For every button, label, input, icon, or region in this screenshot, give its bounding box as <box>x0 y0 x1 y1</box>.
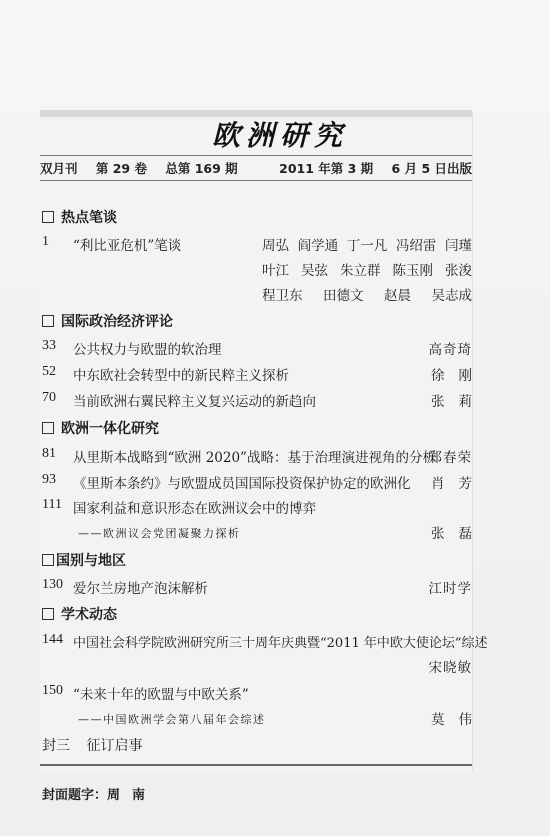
toc-entry[interactable]: 70 当前欧洲右翼民粹主义复兴运动的新趋向 张莉 <box>42 390 472 410</box>
section-heading-label: 欧洲一体化研究 <box>61 418 159 438</box>
cover-credit-name: 周南 <box>107 788 157 803</box>
section-heading: 热点笔谈 <box>42 207 117 227</box>
page-number: 81 <box>42 446 56 462</box>
toc-entry[interactable]: 81 从里斯本战略到“欧洲 2020”战略：基于治理演进视角的分析 郑春荣 <box>42 446 472 466</box>
author: 莫伟 <box>431 708 486 728</box>
article-title[interactable]: 中东欧社会转型中的新民粹主义探析 <box>73 364 289 384</box>
cover-calligraphy-credit: 封面题字：周南 <box>42 784 157 803</box>
author: 吴弦 <box>301 259 328 279</box>
page-number: 33 <box>42 338 56 354</box>
toc-entry[interactable]: 33 公共权力与欧盟的软治理 高奇琦 <box>42 338 472 358</box>
toc-entry[interactable]: 144 中国社会科学院欧洲研究所三十周年庆典暨“2011 年中欧大使论坛”综述 <box>42 632 472 652</box>
inside-back-cover-entry[interactable]: 封三 征订启事 <box>42 735 142 755</box>
toc-entry-author-line: 张磊 <box>42 522 472 542</box>
article-title[interactable]: “未来十年的欧盟与中欧关系” <box>73 683 249 703</box>
author: 江时学 <box>429 577 473 597</box>
toc-entry[interactable]: 150 “未来十年的欧盟与中欧关系” <box>42 683 472 703</box>
total-issue: 总第 169 期 <box>165 161 237 176</box>
volume: 第 29 卷 <box>96 161 147 176</box>
checkbox-icon <box>42 554 54 566</box>
footer-rule <box>40 764 472 766</box>
article-title[interactable]: 爱尔兰房地产泡沫解析 <box>73 577 208 597</box>
author: 吴志成 <box>432 284 473 304</box>
publish-date: 6 月 5 日出版 <box>392 161 472 176</box>
toc-entry[interactable]: 52 中东欧社会转型中的新民粹主义探析 徐刚 <box>42 364 472 384</box>
author-row: 叶江 吴弦 朱立群 陈玉刚 张浚 <box>262 259 472 279</box>
page-number: 1 <box>42 234 49 250</box>
author: 张磊 <box>431 522 486 542</box>
toc-entry-author-line: 宋晓敏 <box>42 656 472 676</box>
article-title[interactable]: 当前欧洲右翼民粹主义复兴运动的新趋向 <box>73 390 316 410</box>
article-title[interactable]: 中国社会科学院欧洲研究所三十周年庆典暨“2011 年中欧大使论坛”综述 <box>73 632 488 651</box>
author: 张浚 <box>445 259 472 279</box>
section-heading: 欧洲一体化研究 <box>42 418 159 438</box>
article-title[interactable]: 公共权力与欧盟的软治理 <box>73 338 222 358</box>
journal-logo: 欧洲研究 <box>200 120 360 152</box>
article-title[interactable]: 从里斯本战略到“欧洲 2020”战略：基于治理演进视角的分析 <box>73 446 436 466</box>
toc-entry-author-line: 莫伟 <box>42 708 472 728</box>
author: 高奇琦 <box>429 338 473 358</box>
page-number: 70 <box>42 390 56 406</box>
checkbox-icon <box>42 422 54 434</box>
author: 朱立群 <box>340 259 381 279</box>
author: 田德文 <box>323 284 364 304</box>
article-title[interactable]: “利比亚危机”笔谈 <box>73 234 181 254</box>
toc-entry[interactable]: 130 爱尔兰房地产泡沫解析 江时学 <box>42 577 472 597</box>
author: 闫瑾 <box>445 234 472 254</box>
author: 叶江 <box>262 259 289 279</box>
masthead-bottom-rule <box>40 180 472 181</box>
author: 冯绍雷 <box>396 234 437 254</box>
author: 赵晨 <box>384 284 411 304</box>
author: 徐刚 <box>431 364 486 384</box>
section-heading-label: 国别与地区 <box>56 550 126 570</box>
author: 肖芳 <box>431 472 486 492</box>
issue-number: 2011 年第 3 期 <box>279 161 373 176</box>
section-heading-label: 学术动态 <box>61 604 117 624</box>
misc-title[interactable]: 征订启事 <box>86 738 142 754</box>
article-title[interactable]: 《里斯本条约》与欧盟成员国国际投资保护协定的欧洲化 <box>73 472 411 492</box>
section-heading-label: 热点笔谈 <box>61 207 117 227</box>
page-number: 52 <box>42 364 56 380</box>
author: 郑春荣 <box>429 446 473 466</box>
author: 陈玉刚 <box>393 259 434 279</box>
masthead-top-rule <box>40 155 472 156</box>
frequency: 双月刊 <box>40 161 78 176</box>
section-heading: 国别与地区 <box>42 550 126 570</box>
author: 程卫东 <box>262 284 303 304</box>
page-number: 130 <box>42 577 63 593</box>
section-heading-label: 国际政治经济评论 <box>61 311 173 331</box>
masthead: 双月刊 第 29 卷 总第 169 期 2011 年第 3 期 6 月 5 日出… <box>40 159 472 177</box>
page-number: 144 <box>42 632 63 648</box>
checkbox-icon <box>42 211 54 223</box>
author: 周弘 <box>262 234 289 254</box>
section-heading: 国际政治经济评论 <box>42 311 173 331</box>
section-heading: 学术动态 <box>42 604 117 624</box>
toc-entry[interactable]: 93 《里斯本条约》与欧盟成员国国际投资保护协定的欧洲化 肖芳 <box>42 472 472 492</box>
author-row: 周弘 阎学通 丁一凡 冯绍雷 闫瑾 <box>262 234 472 254</box>
author: 宋晓敏 <box>429 656 473 676</box>
author: 阎学通 <box>298 234 339 254</box>
toc-entry[interactable]: 111 国家利益和意识形态在欧洲议会中的博弈 <box>42 497 472 517</box>
author: 张莉 <box>431 390 486 410</box>
cover-credit-label: 封面题字： <box>42 788 107 803</box>
checkbox-icon <box>42 608 54 620</box>
page-number: 111 <box>42 497 62 513</box>
page-number: 150 <box>42 683 63 699</box>
checkbox-icon <box>42 315 54 327</box>
top-band <box>40 110 472 117</box>
page-number: 93 <box>42 472 56 488</box>
author-row: 程卫东 田德文 赵晨 吴志成 <box>262 284 472 304</box>
misc-location: 封三 <box>42 738 70 754</box>
author: 丁一凡 <box>347 234 388 254</box>
article-title[interactable]: 国家利益和意识形态在欧洲议会中的博弈 <box>73 497 316 517</box>
